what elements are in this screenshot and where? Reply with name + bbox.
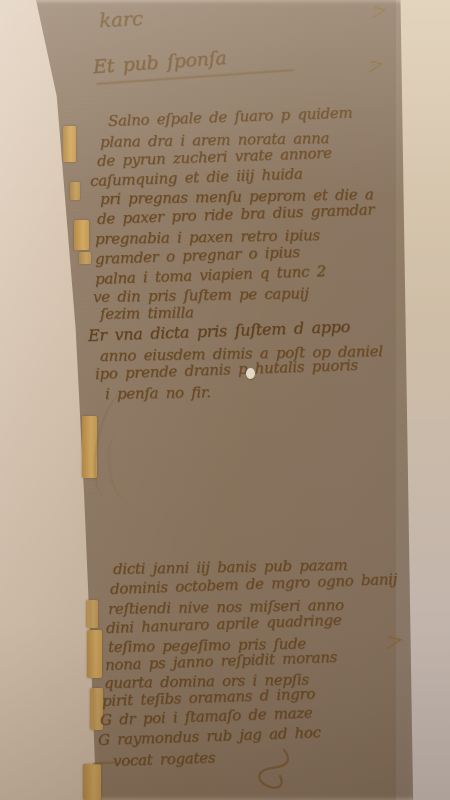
torn-edge-patch — [74, 220, 89, 250]
handwritten-annotation: karc — [98, 6, 143, 32]
handwritten-line: vocat rogates — [113, 748, 216, 770]
torn-edge-patch — [87, 630, 102, 678]
handwritten-line: i penſa no fir. — [105, 383, 211, 403]
paper-chip — [246, 368, 255, 379]
torn-edge-patch — [70, 182, 80, 200]
handwritten-line: ſezim timilla — [100, 303, 194, 323]
ink-flourish — [250, 748, 296, 796]
manuscript-photo: karc 7 Et pub ſponſa 7 Salno eſpale de ſ… — [0, 0, 450, 800]
torn-edge-patch — [86, 600, 98, 628]
torn-edge-patch — [83, 764, 101, 800]
torn-edge-patch — [63, 126, 76, 162]
torn-edge-patch — [79, 252, 91, 264]
handwritten-line: ve din pris ſuſtem pe capuij — [93, 284, 309, 306]
